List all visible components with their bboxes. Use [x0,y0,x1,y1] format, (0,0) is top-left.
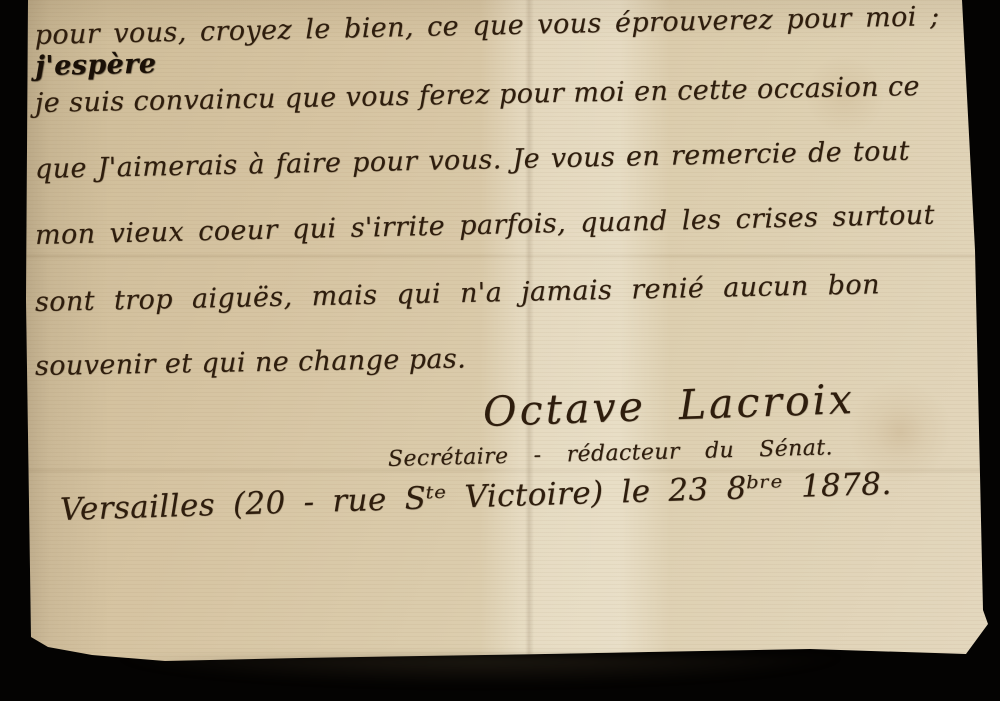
letter-photograph: pour vous, croyez le bien, ce que vous é… [0,0,1000,701]
manuscript-line-1-overwritten-word: j'espère [35,48,157,82]
paper-bottom-shadow [110,656,850,686]
